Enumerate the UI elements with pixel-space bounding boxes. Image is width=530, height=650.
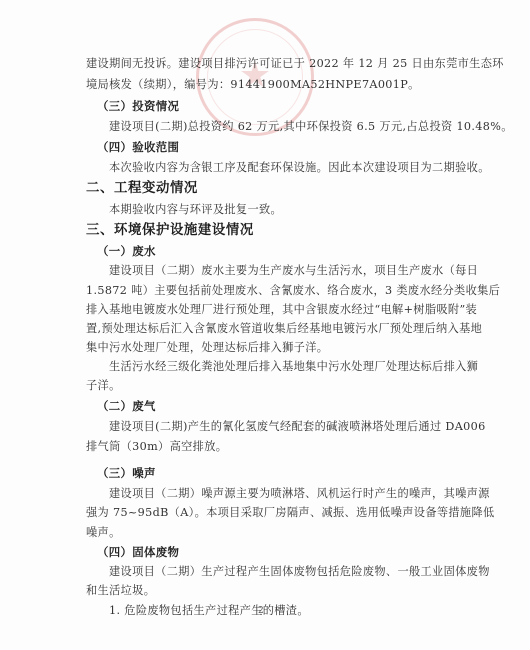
- paragraph-line: 境局核发（续期），编号为：91441900MA52HNPE7A001P。: [86, 78, 454, 92]
- section-heading-wastewater: （一）废水: [97, 244, 465, 258]
- paragraph-line: 噪声。: [86, 526, 454, 540]
- paragraph-line: 本次验收内容为含银工序及配套环保设施。因此本次建设项目为二期验收。: [109, 161, 454, 175]
- section-heading-solid-waste: （四）固体废物: [97, 545, 465, 559]
- paragraph-line: 排入基地电镀废水处理厂进行预处理，其中含银废水经过“电解+树脂吸附”装: [86, 303, 454, 317]
- list-item: 1. 危险废物包括生产过程产生的槽渣。: [109, 604, 454, 618]
- paragraph-line: 建设项目(二期)产生的氰化氢废气经配套的碱液喷淋塔处理后通过 DA006: [109, 420, 454, 434]
- paragraph-line: 集中污水处理厂处理，处理达标后排入狮子洋。: [86, 341, 454, 355]
- paragraph-line: 建设项目(二期)总投资约 62 万元,其中环保投资 6.5 万元,占总投资 10…: [109, 120, 454, 134]
- paragraph-line: 排气筒（30m）高空排放。: [86, 440, 454, 454]
- paragraph-line: 1.5872 吨）主要包括前处理废水、含氰废水、络合废水，3 类废水经分类收集后: [86, 284, 454, 298]
- paragraph-line: 建设项目（二期）生产过程产生固体废物包括危险废物、一般工业固体废物: [109, 565, 454, 579]
- document-page: ★ 建设期间无投诉。建设项目排污许可证已于 2022 年 12 月 25 日由东…: [0, 0, 530, 650]
- paragraph-line: 子洋。: [86, 379, 454, 393]
- section-heading-exhaust-gas: （二）废气: [97, 399, 465, 413]
- chapter-heading-env-facilities: 三、环境保护设施建设情况: [86, 222, 454, 238]
- page-number: 2: [258, 606, 264, 616]
- paragraph-line: 建设项目（二期）噪声源主要为喷淋塔、风机运行时产生的噪声，其噪声源: [109, 487, 454, 501]
- chapter-heading-engineering-changes: 二、工程变动情况: [86, 180, 454, 196]
- paragraph-line: 本期验收内容与环评及批复一致。: [109, 203, 454, 217]
- paragraph-line: 生活污水经三级化粪池处理后排入基地集中污水处理厂处理达标后排入狮: [109, 360, 454, 374]
- paragraph-line: 建设期间无投诉。建设项目排污许可证已于 2022 年 12 月 25 日由东莞市…: [86, 57, 454, 71]
- paragraph-line: 建设项目（二期）废水主要为生产废水与生活污水，项目生产废水（每日: [109, 264, 454, 278]
- paragraph-line: 强为 75~95dB（A）。本项目采取厂房隔声、减振、选用低噪声设备等措施降低: [86, 506, 454, 520]
- section-heading-noise: （三）噪声: [97, 466, 465, 480]
- section-heading-investment: （三）投资情况: [97, 99, 465, 113]
- official-seal-stamp: ★: [196, 18, 314, 136]
- paragraph-line: 置,预处理达标后汇入含氰废水管道收集后经基地电镀污水厂预处理后纳入基地: [86, 322, 454, 336]
- section-heading-acceptance-scope: （四）验收范围: [97, 140, 465, 154]
- paragraph-line: 和生活垃圾。: [86, 584, 454, 598]
